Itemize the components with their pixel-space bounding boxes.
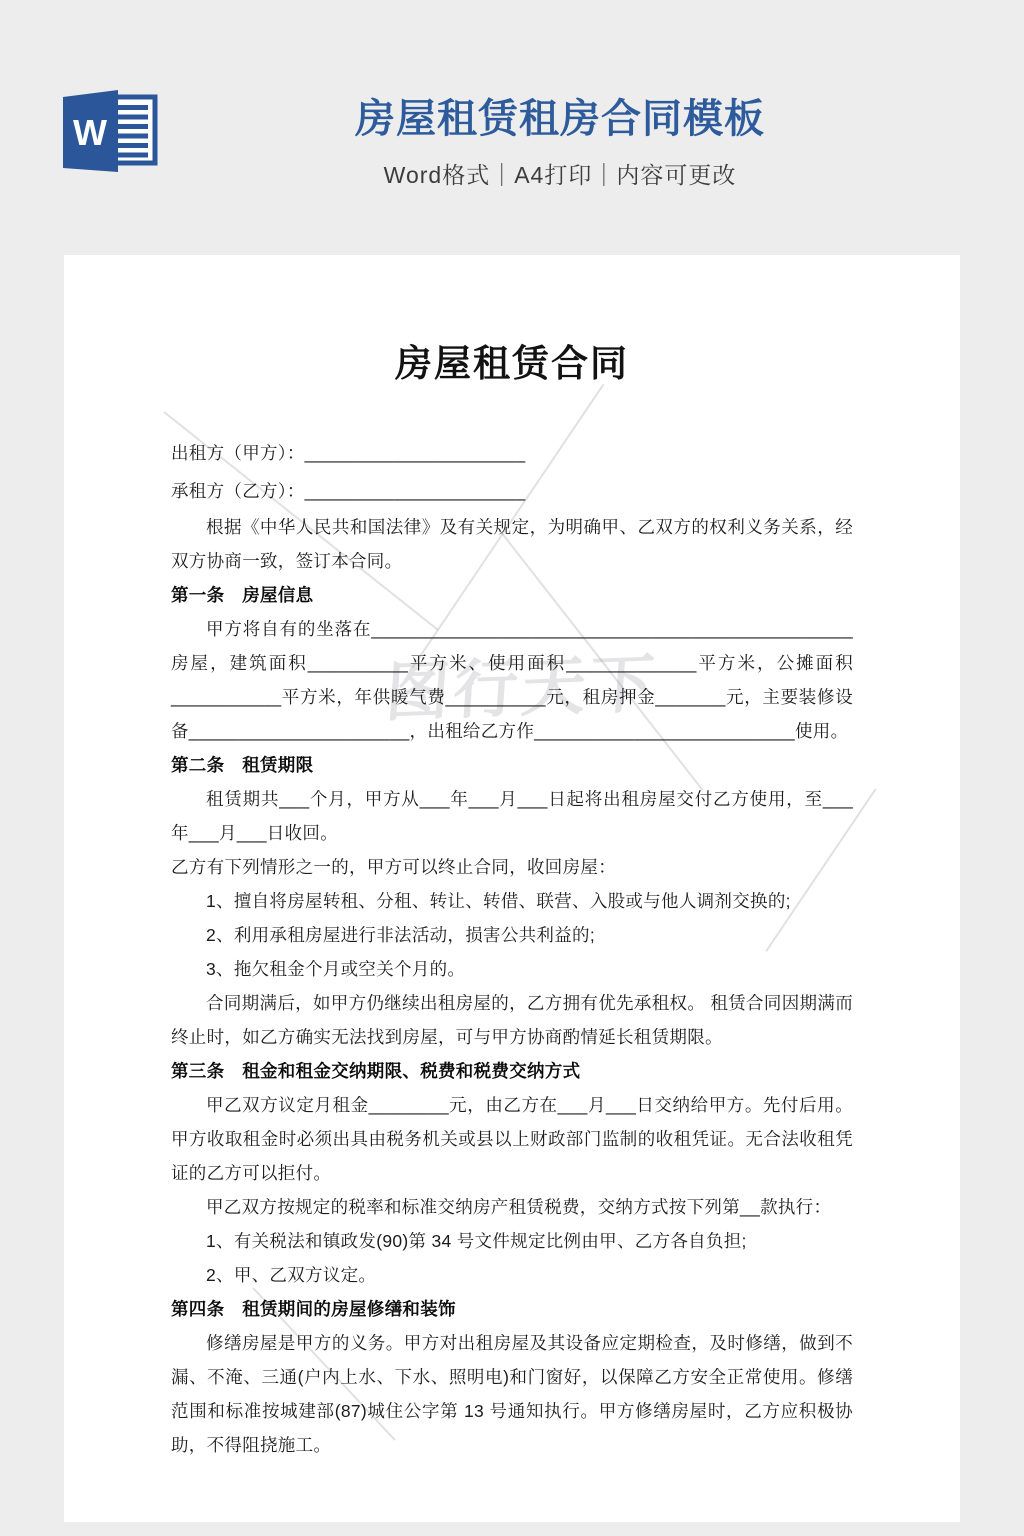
- paragraph: 租赁期共___个月，甲方从___年___月___日起将出租房屋交付乙方使用，至_…: [171, 782, 853, 850]
- paragraph: 2、利用承租房屋进行非法活动，损害公共利益的;: [171, 918, 853, 952]
- header: W 房屋租赁租房合同模板 Word格式｜A4打印｜内容可更改: [0, 0, 1024, 255]
- paragraph: 根据《中华人民共和国法律》及有关规定，为明确甲、乙双方的权利义务关系，经双方协商…: [171, 510, 853, 578]
- paragraph: 2、甲、乙双方议定。: [171, 1258, 853, 1292]
- paragraph: 1、有关税法和镇政发(90)第 34 号文件规定比例由甲、乙方各自负担;: [171, 1224, 853, 1258]
- header-title: 房屋租赁租房合同模板: [337, 96, 783, 142]
- paragraph: 甲方将自有的坐落在_______________________________…: [171, 612, 853, 748]
- paragraph: 出租方（甲方）：______________________: [171, 434, 853, 472]
- paragraph: 乙方有下列情形之一的，甲方可以终止合同，收回房屋：: [171, 850, 853, 884]
- paragraph: 修缮房屋是甲方的义务。甲方对出租房屋及其设备应定期检查，及时修缮，做到不漏、不淹…: [171, 1326, 853, 1462]
- page-root: { "header": { "title": "房屋租赁租房合同模板", "su…: [0, 0, 1024, 1536]
- header-subtitle: Word格式｜A4打印｜内容可更改: [337, 157, 783, 190]
- paragraph: 第四条 租赁期间的房屋修缮和装饰: [171, 1292, 853, 1326]
- document-page: 图行天下 房屋租赁合同 出租方（甲方）：____________________…: [64, 255, 960, 1522]
- document-content: 房屋租赁合同 出租方（甲方）：______________________承租方…: [64, 255, 960, 1462]
- header-text-block: 房屋租赁租房合同模板 Word格式｜A4打印｜内容可更改: [337, 96, 783, 190]
- word-icon: W: [58, 88, 160, 174]
- paragraph: 3、拖欠租金个月或空关个月的。: [171, 952, 853, 986]
- paragraph: 第三条 租金和租金交纳期限、税费和税费交纳方式: [171, 1054, 853, 1088]
- document-title: 房屋租赁合同: [171, 333, 853, 387]
- paragraph: 1、擅自将房屋转租、分租、转让、转借、联营、入股或与他人调剂交换的;: [171, 884, 853, 918]
- paragraph: 第二条 租赁期限: [171, 748, 853, 782]
- paragraph: 承租方（乙方）：______________________: [171, 472, 853, 510]
- paragraph: 第一条 房屋信息: [171, 578, 853, 612]
- paragraph: 合同期满后，如甲方仍继续出租房屋的，乙方拥有优先承租权。 租赁合同因期满而终止时…: [171, 986, 853, 1054]
- paragraph: 甲乙双方议定月租金________元，由乙方在___月___日交纳给甲方。先付后…: [171, 1088, 853, 1190]
- document-body: 出租方（甲方）：______________________承租方（乙方）：__…: [171, 434, 853, 1462]
- paragraph: 甲乙双方按规定的税率和标准交纳房产租赁税费，交纳方式按下列第__款执行：: [171, 1190, 853, 1224]
- word-icon-letter: W: [73, 112, 107, 153]
